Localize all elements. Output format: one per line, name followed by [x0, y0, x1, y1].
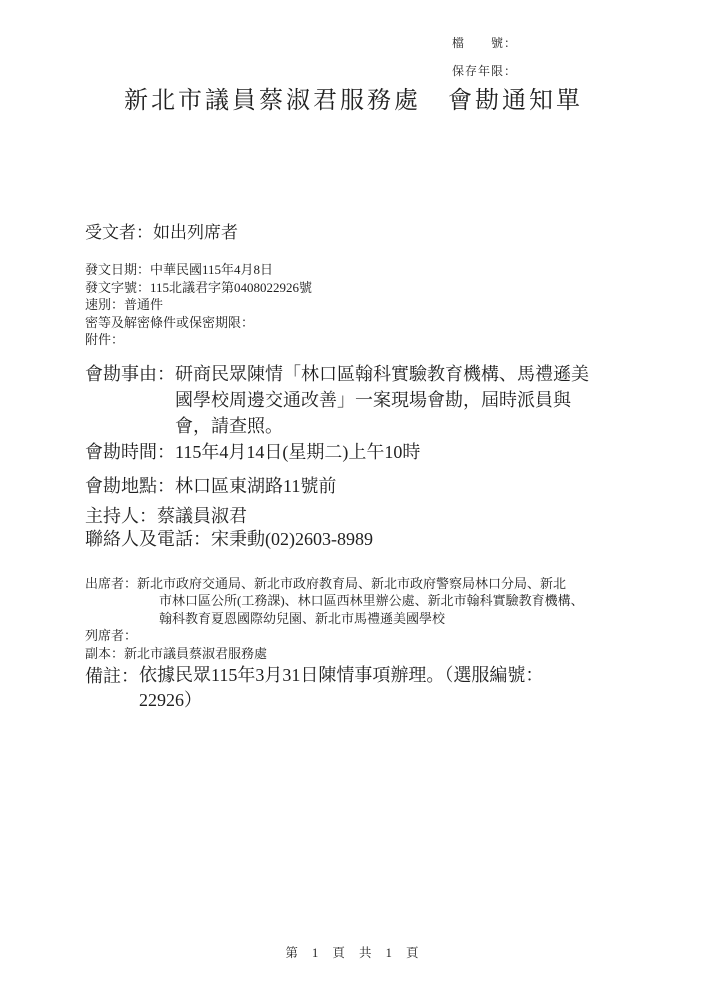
copy-to-value: 新北市議員蔡淑君服務處	[124, 645, 637, 663]
inspection-location-label: 會勘地點：	[85, 475, 175, 498]
dispatch-date-row: 發文日期： 中華民國115年4月8日	[85, 261, 637, 279]
dispatch-date-label: 發文日期：	[85, 261, 150, 279]
file-number-label: 檔 號：	[452, 30, 517, 58]
classification-row: 密等及解密條件或保密期限：	[85, 314, 637, 332]
recipient-label: 受文者：	[85, 221, 153, 245]
recipient-row: 受文者： 如出列席者	[85, 221, 637, 245]
inspection-subject-value: 研商民眾陳情「林口區翰科實驗教育機構、馬禮遜美 國學校周邊交通改善」一案現場會勘…	[175, 361, 637, 439]
attendees-label: 出席者：	[85, 575, 137, 593]
attendees-row: 出席者： 新北市政府交通局、新北市政府教育局、新北市政府警察局林口分局、新北 市…	[85, 575, 637, 628]
dispatch-number-value: 115北議君字第0408022926號	[150, 279, 637, 297]
archival-corner: 檔 號： 保存年限：	[452, 30, 517, 85]
contact-row: 聯絡人及電話： 宋秉動(02)2603-8989	[85, 528, 637, 551]
dispatch-number-label: 發文字號：	[85, 279, 150, 297]
inspection-subject-label: 會勘事由：	[85, 361, 175, 387]
dispatch-date-value: 中華民國115年4月8日	[150, 261, 637, 279]
inspection-subject-row: 會勘事由： 研商民眾陳情「林口區翰科實驗教育機構、馬禮遜美 國學校周邊交通改善」…	[85, 361, 637, 439]
attachment-label: 附件：	[85, 331, 124, 349]
inspection-location-value: 林口區東湖路11號前	[175, 475, 637, 498]
remarks-value: 依據民眾115年3月31日陳情事項辦理。（選服編號： 22926）	[139, 663, 637, 713]
attachment-row: 附件：	[85, 331, 637, 349]
document-body: 受文者： 如出列席者 發文日期： 中華民國115年4月8日 發文字號： 115北…	[85, 221, 637, 713]
page-number-footer: 第 1 頁 共 1 頁	[0, 943, 707, 961]
dispatch-number-row: 發文字號： 115北議君字第0408022926號	[85, 279, 637, 297]
remarks-label: 備註：	[85, 663, 139, 689]
dispatch-meta-block: 發文日期： 中華民國115年4月8日 發文字號： 115北議君字第0408022…	[85, 261, 637, 349]
observers-row: 列席者：	[85, 627, 637, 645]
inspection-time-row: 會勘時間： 115年4月14日(星期二)上午10時	[85, 441, 637, 464]
priority-row: 速別： 普通件	[85, 296, 637, 314]
contact-label: 聯絡人及電話：	[85, 528, 211, 551]
recipient-value: 如出列席者	[153, 221, 637, 245]
host-label: 主持人：	[85, 505, 157, 528]
inspection-time-value: 115年4月14日(星期二)上午10時	[175, 441, 637, 464]
copy-to-row: 副本： 新北市議員蔡淑君服務處	[85, 645, 637, 663]
inspection-location-row: 會勘地點： 林口區東湖路11號前	[85, 475, 637, 498]
classification-label: 密等及解密條件或保密期限：	[85, 314, 254, 332]
attendees-value: 新北市政府交通局、新北市政府教育局、新北市政府警察局林口分局、新北 市林口區公所…	[137, 575, 637, 628]
observers-label: 列席者：	[85, 627, 137, 645]
priority-value: 普通件	[124, 296, 637, 314]
host-row: 主持人： 蔡議員淑君	[85, 505, 637, 528]
remarks-row: 備註： 依據民眾115年3月31日陳情事項辦理。（選服編號： 22926）	[85, 663, 637, 713]
copy-to-label: 副本：	[85, 645, 124, 663]
priority-label: 速別：	[85, 296, 124, 314]
inspection-time-label: 會勘時間：	[85, 441, 175, 464]
document-title: 新北市議員蔡淑君服務處 會勘通知單	[0, 80, 707, 115]
contact-value: 宋秉動(02)2603-8989	[211, 528, 637, 551]
document-page: 檔 號： 保存年限： 新北市議員蔡淑君服務處 會勘通知單 受文者： 如出列席者 …	[0, 0, 707, 1000]
host-value: 蔡議員淑君	[157, 505, 637, 528]
